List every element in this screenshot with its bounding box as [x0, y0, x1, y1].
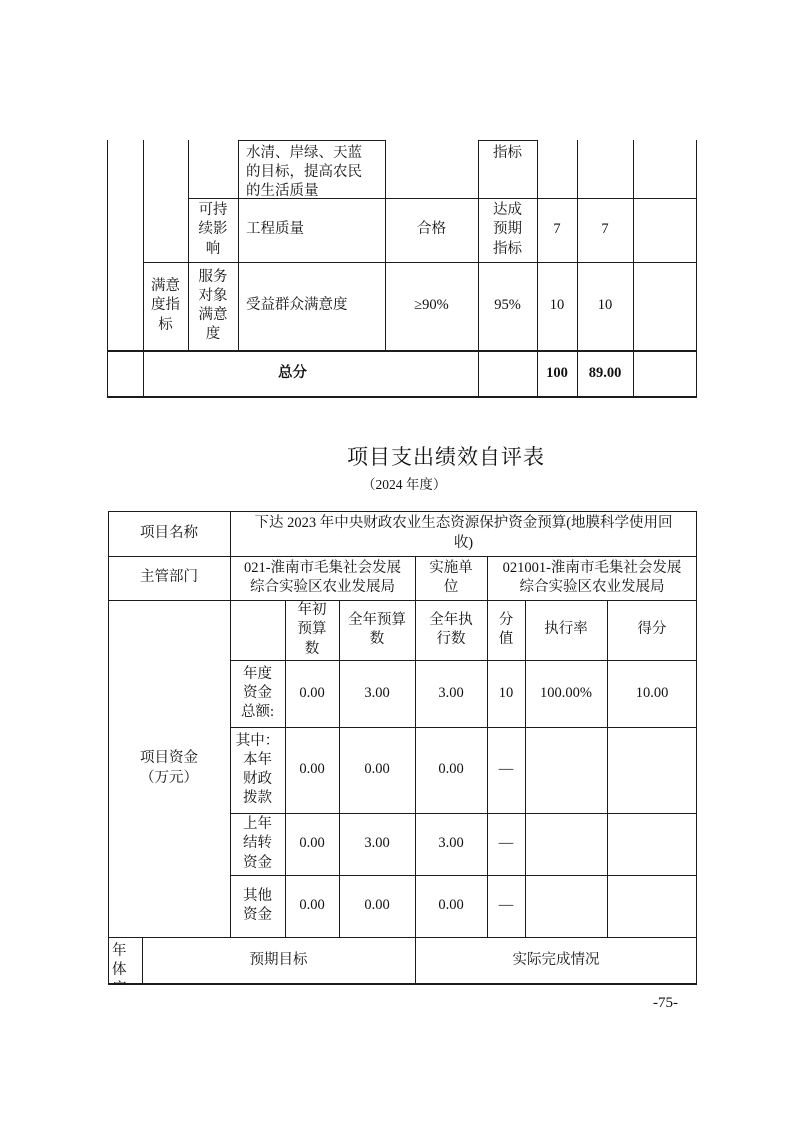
- page-subtitle: （2024 年度）: [362, 473, 446, 493]
- project-funds-label: 项目资金 （万元）: [108, 600, 230, 937]
- score-value: 10: [577, 262, 633, 350]
- expected-goal-header: 预期目标: [142, 937, 415, 985]
- indicator-description: 水清、岸绿、天蓝 的目标，提高农民 的生活质量: [238, 141, 385, 198]
- funds-row-name: 年度 资金 总额:: [230, 660, 285, 727]
- implementing-unit-value: 021001-淮南市毛集社会发展 综合实验区农业发展局: [487, 556, 697, 600]
- funds-row-name: 上年 结转 资金: [230, 813, 285, 875]
- funds-value: 0.00: [415, 875, 487, 937]
- funds-value: 10: [487, 660, 525, 727]
- funds-value: 0.00: [415, 727, 487, 813]
- department-label: 主管部门: [108, 556, 230, 600]
- actual-completion-header: 实际完成情况: [415, 937, 697, 985]
- completion-value: 达成 预期 指标: [478, 198, 537, 262]
- funds-value: 10.00: [607, 660, 697, 727]
- self-evaluation-table: 项目名称 下达 2023 年中央财政农业生态资源保护资金预算(地膜科学使用回 收…: [108, 511, 697, 985]
- page-number: -75-: [653, 995, 678, 1012]
- funds-value: 0.00: [285, 727, 339, 813]
- total-score: 89.00: [577, 352, 633, 396]
- funds-value: —: [487, 813, 525, 875]
- funds-value: 3.00: [415, 813, 487, 875]
- funds-value: 0.00: [285, 660, 339, 727]
- score-value: 7: [577, 198, 633, 262]
- grid-line: [696, 140, 697, 398]
- department-value: 021-淮南市毛集社会发展 综合实验区农业发展局: [230, 556, 415, 600]
- col-header-execution-rate: 执行率: [525, 600, 607, 660]
- page-title: 项目支出绩效自评表: [347, 441, 545, 471]
- col-header-initial-budget: 年初 预算 数: [285, 600, 339, 660]
- funds-value: 0.00: [285, 875, 339, 937]
- col-header-weight: 分 值: [487, 600, 525, 660]
- indicator-group: 满意 度指 标: [143, 262, 188, 350]
- weight-value: 7: [537, 198, 577, 262]
- target-value: ≥90%: [385, 262, 478, 350]
- funds-value: —: [487, 727, 525, 813]
- completion-value-tail: 指标: [478, 141, 537, 198]
- funds-row-name: 其中： 本年 财政 拨款: [230, 727, 285, 813]
- total-weight: 100: [537, 352, 577, 396]
- funds-value: 100.00%: [525, 660, 607, 727]
- project-name-value: 下达 2023 年中央财政农业生态资源保护资金预算(地膜科学使用回 收): [230, 511, 697, 556]
- implementing-unit-label: 实施单 位: [415, 556, 487, 600]
- overall-goal-label-clipped: 总 年 体 度: [109, 937, 142, 985]
- funds-row-name: 其他 资金: [230, 875, 285, 937]
- indicator-category: 可持 续影 响: [188, 198, 238, 262]
- target-value: 合格: [385, 198, 478, 262]
- col-header-annual-execution: 全年执 行数: [415, 600, 487, 660]
- col-header-annual-budget: 全年预算 数: [339, 600, 415, 660]
- col-header-score: 得分: [607, 600, 697, 660]
- project-name-label: 项目名称: [108, 511, 230, 556]
- weight-value: 10: [537, 262, 577, 350]
- completion-value: 95%: [478, 262, 537, 350]
- indicator-name: 工程质量: [238, 198, 385, 262]
- funds-value: —: [487, 875, 525, 937]
- indicator-category: 服务 对象 满意 度: [188, 262, 238, 350]
- funds-value: 0.00: [339, 875, 415, 937]
- grid-line: [107, 396, 697, 398]
- funds-value: 3.00: [415, 660, 487, 727]
- funds-value: 0.00: [339, 727, 415, 813]
- total-score-label: 总分: [107, 352, 478, 396]
- grid-line: [633, 140, 634, 398]
- performance-indicator-table: 水清、岸绿、天蓝 的目标，提高农民 的生活质量 指标 可持 续影 响 工程质量 …: [107, 140, 697, 398]
- funds-value: 3.00: [339, 813, 415, 875]
- funds-value: 0.00: [285, 813, 339, 875]
- document-page: 水清、岸绿、天蓝 的目标，提高农民 的生活质量 指标 可持 续影 响 工程质量 …: [0, 0, 794, 1122]
- indicator-name: 受益群众满意度: [238, 262, 385, 350]
- funds-value: 3.00: [339, 660, 415, 727]
